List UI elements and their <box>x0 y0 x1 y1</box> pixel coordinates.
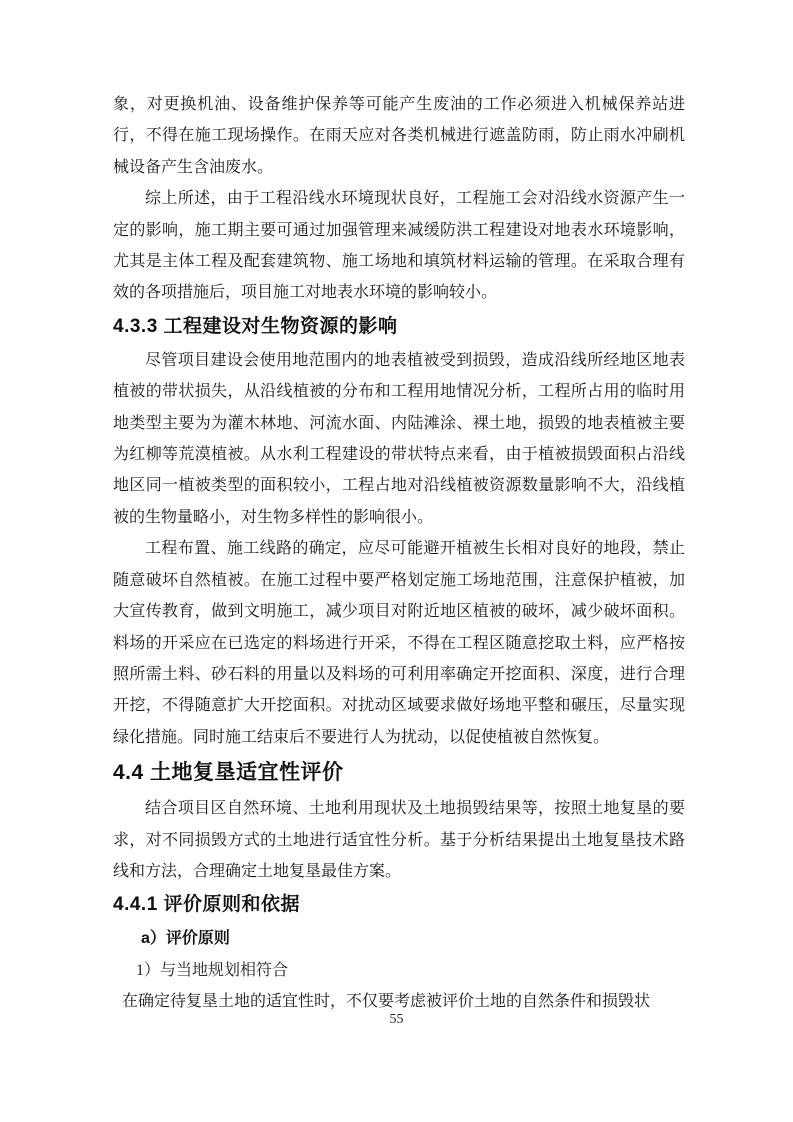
paragraph-vegetation-impact: 尽管项目建设会使用地范围内的地表植被受到损毁，造成沿线所经地区地表植被的带状损失… <box>113 345 685 533</box>
list-item-a-evaluation-principles: a）评价原则 <box>113 923 685 954</box>
page-number: 55 <box>0 1012 793 1028</box>
page-content: 象，对更换机油、设备维护保养等可能产生废油的工作必须进入机械保养站进行，不得在施… <box>113 89 685 1018</box>
list-item-1-local-planning: 1）与当地规划相符合 <box>113 955 685 986</box>
paragraph-vegetation-protection: 工程布置、施工线路的确定，应尽可能避开植被生长相对良好的地段，禁止随意破坏自然植… <box>113 533 685 753</box>
heading-4-4-1: 4.4.1 评价原则和依据 <box>113 887 685 923</box>
paragraph-machinery-oil-waste: 象，对更换机油、设备维护保养等可能产生废油的工作必须进入机械保养站进行，不得在施… <box>113 89 685 183</box>
document-page: 象，对更换机油、设备维护保养等可能产生废油的工作必须进入机械保养站进行，不得在施… <box>0 0 793 1122</box>
heading-4-3-3: 4.3.3 工程建设对生物资源的影响 <box>113 309 685 345</box>
paragraph-reclamation-intro: 结合项目区自然环境、土地利用现状及土地损毁结果等，按照土地复垦的要求，对不同损毁… <box>113 793 685 887</box>
paragraph-water-env-summary: 综上所述，由于工程沿线水环境现状良好，工程施工会对沿线水资源产生一定的影响，施工… <box>113 183 685 309</box>
heading-4-4: 4.4 土地复垦适宜性评价 <box>113 753 685 793</box>
